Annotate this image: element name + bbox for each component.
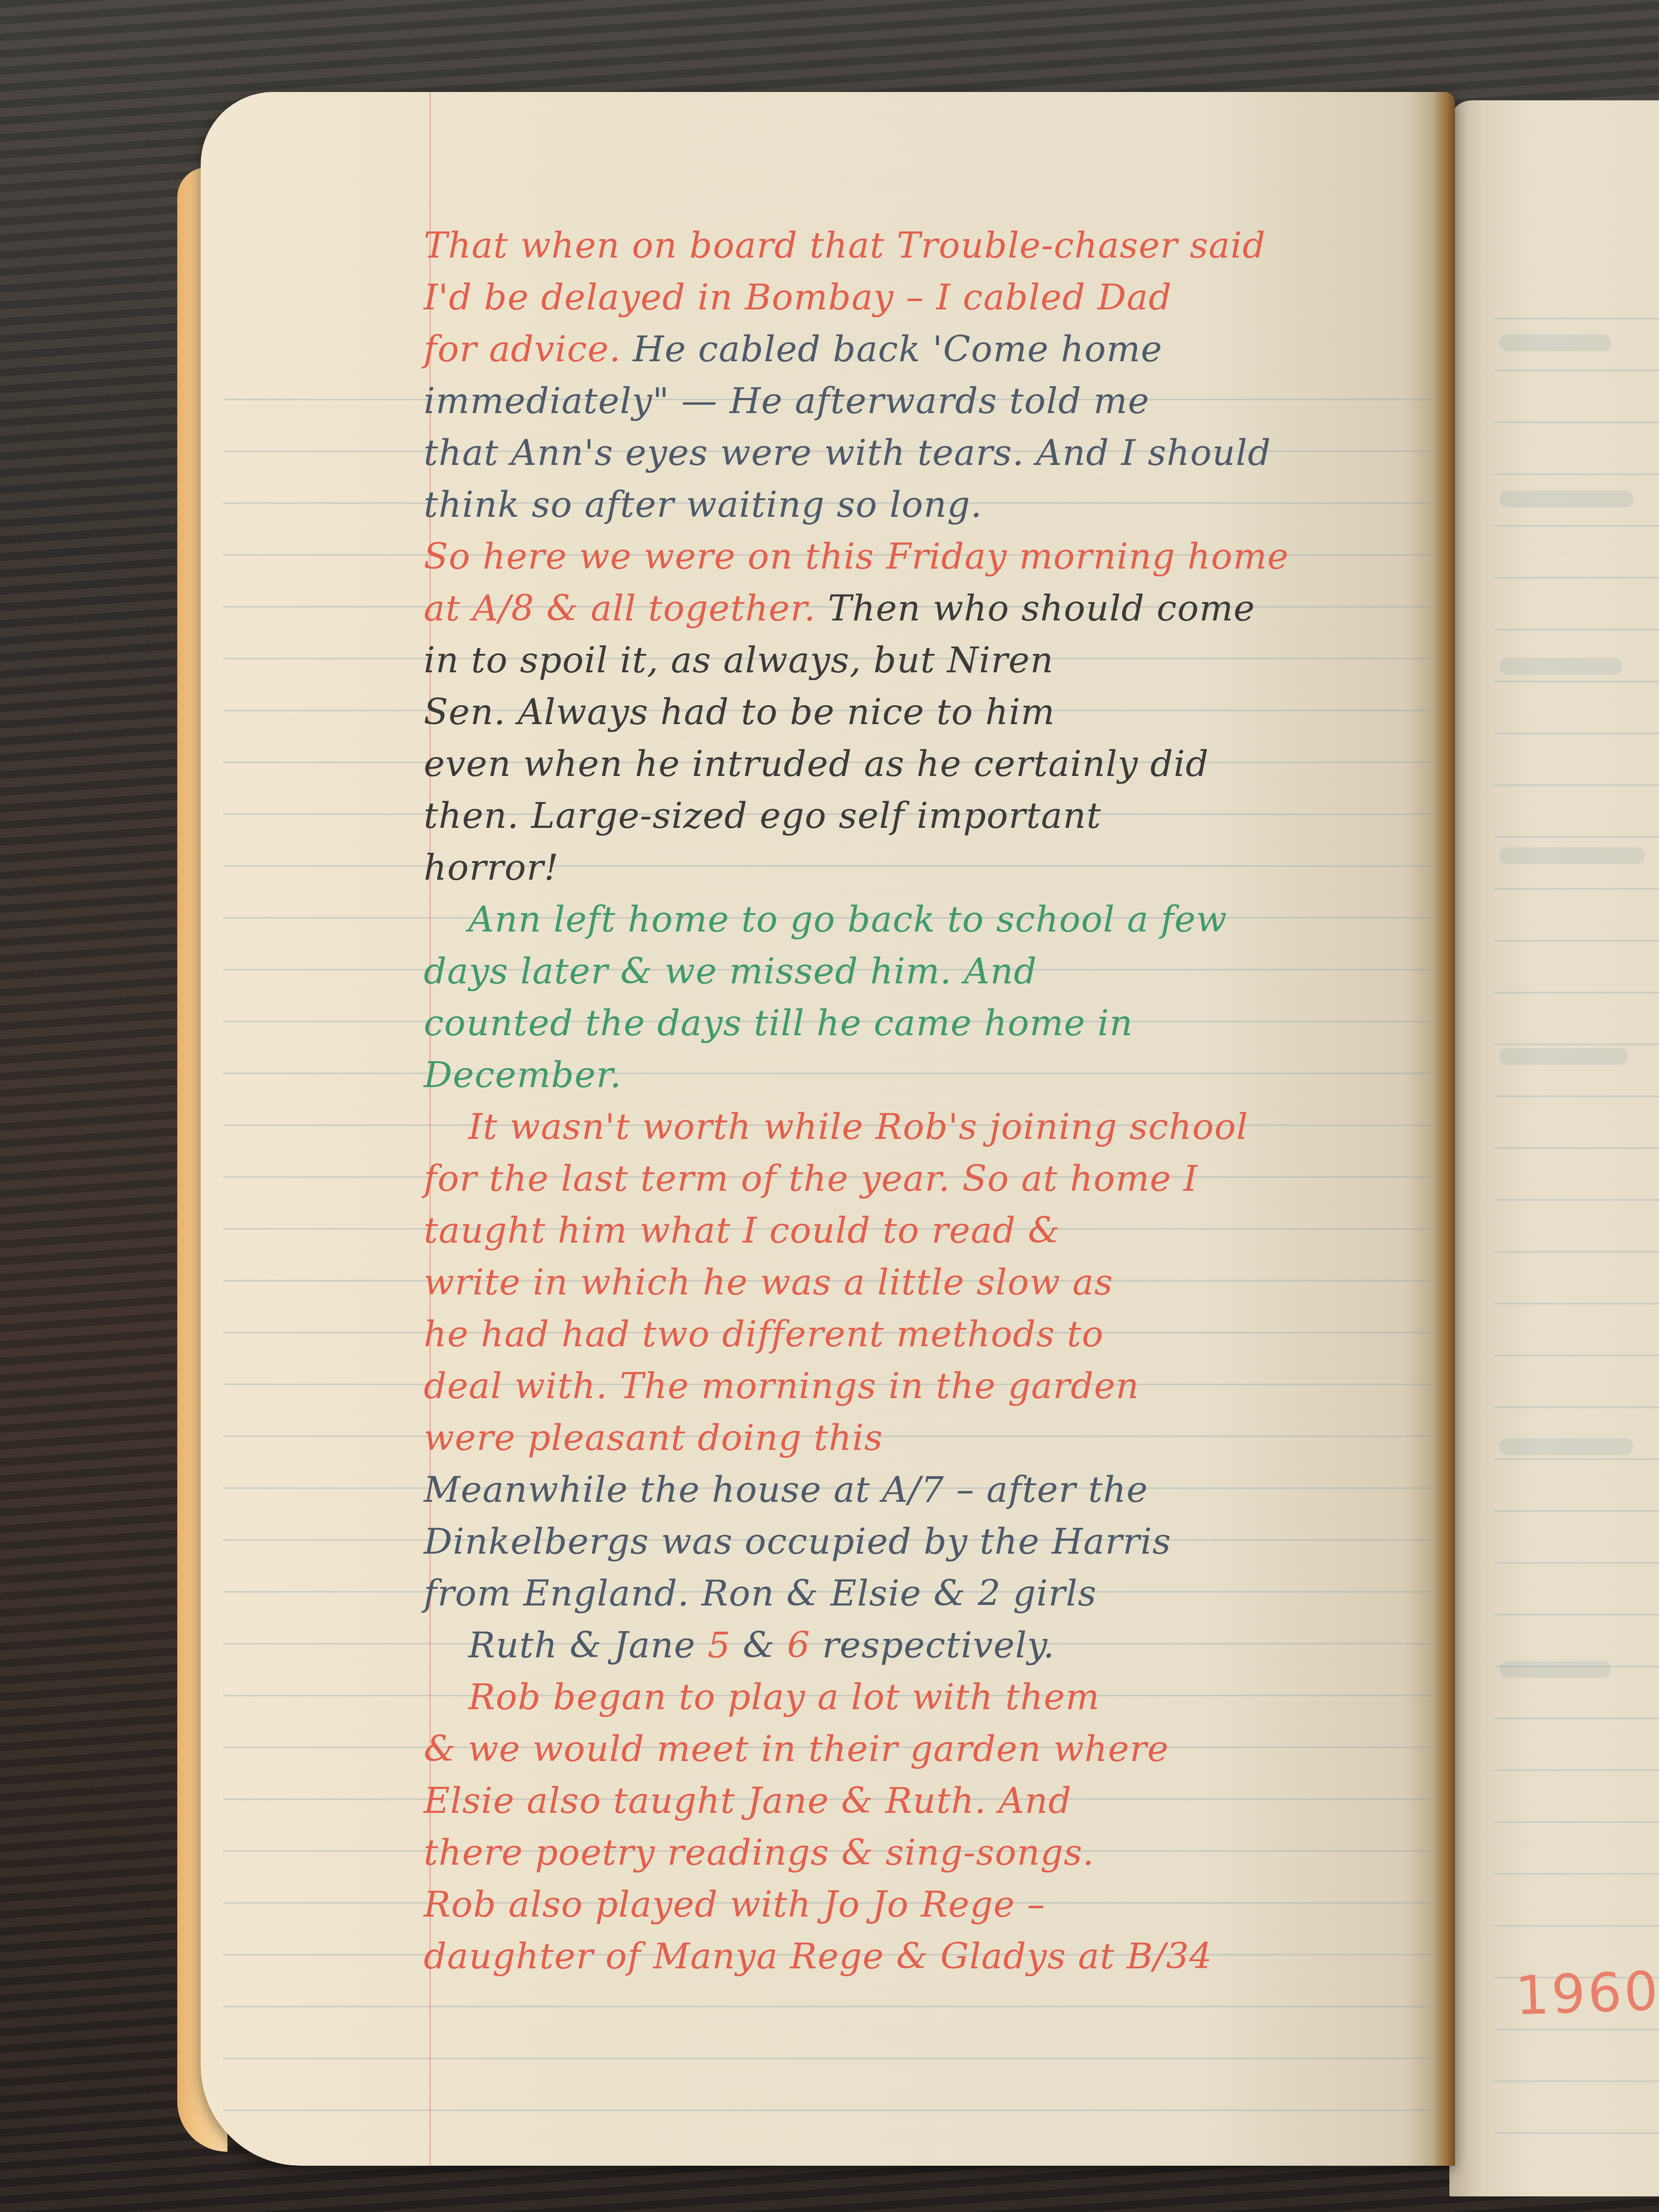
handwritten-segment-blue: that Ann's eyes were with tears. And I s…	[424, 433, 1271, 474]
handwritten-text-block: That when on board that Trouble-chaser s…	[424, 220, 1422, 1983]
handwritten-segment-red: he had had two different methods to	[424, 1314, 1104, 1355]
handwritten-segment-red: write in which he was a little slow as	[424, 1262, 1113, 1303]
handwritten-line: then. Large-sized ego self important	[424, 790, 1422, 842]
handwritten-line: he had had two different methods to	[424, 1309, 1422, 1361]
handwritten-segment-red: 6	[787, 1625, 811, 1666]
handwritten-line: counted the days till he came home in	[424, 998, 1422, 1050]
handwritten-segment-red: & we would meet in their garden where	[424, 1729, 1169, 1770]
handwritten-line: even when he intruded as he certainly di…	[424, 739, 1422, 790]
handwritten-line: immediately" — He afterwards told me	[424, 376, 1422, 428]
handwritten-segment-red: taught him what I could to read &	[424, 1210, 1060, 1251]
handwritten-line: Ann left home to go back to school a few	[424, 894, 1422, 946]
handwritten-segment-green: counted the days till he came home in	[424, 1003, 1133, 1044]
handwritten-segment-green: days later & we missed him. And	[424, 951, 1037, 992]
handwritten-line: at A/8 & all together. Then who should c…	[424, 583, 1422, 635]
handwritten-segment-red: It wasn't worth while Rob's joining scho…	[468, 1107, 1248, 1148]
handwritten-line: Meanwhile the house at A/7 – after the	[424, 1464, 1422, 1516]
handwritten-segment-red: for the last term of the year. So at hom…	[424, 1158, 1198, 1200]
handwritten-line: taught him what I could to read &	[424, 1205, 1422, 1257]
handwritten-segment-blue: He cabled back 'Come home	[621, 329, 1162, 370]
year-annotation: 1960	[1514, 1959, 1659, 2027]
handwritten-line: deal with. The mornings in the garden	[424, 1361, 1422, 1413]
handwritten-segment-red: I'd be delayed in Bombay – I cabled Dad	[424, 277, 1172, 318]
handwritten-segment-black: even when he intruded as he certainly di…	[424, 744, 1209, 785]
handwritten-line: Rob began to play a lot with them	[424, 1672, 1422, 1724]
handwritten-line: That when on board that Trouble-chaser s…	[424, 220, 1422, 272]
handwritten-segment-green: December.	[424, 1055, 622, 1096]
handwritten-line: It wasn't worth while Rob's joining scho…	[424, 1102, 1422, 1153]
handwritten-line: for advice. He cabled back 'Come home	[424, 324, 1422, 376]
handwritten-line: So here we were on this Friday morning h…	[424, 531, 1422, 583]
handwritten-line: & we would meet in their garden where	[424, 1724, 1422, 1776]
handwritten-segment-blue: respectively.	[810, 1625, 1055, 1666]
handwritten-segment-blue: immediately" — He afterwards told me	[424, 381, 1149, 422]
handwritten-segment-blue: think so after waiting so long.	[424, 484, 982, 526]
handwritten-segment-blue: &	[731, 1625, 787, 1666]
handwritten-line: Ruth & Jane 5 & 6 respectively.	[424, 1620, 1422, 1672]
handwritten-line: I'd be delayed in Bombay – I cabled Dad	[424, 272, 1422, 324]
handwritten-segment-red: Elsie also taught Jane & Ruth. And	[424, 1781, 1071, 1822]
handwritten-line: think so after waiting so long.	[424, 479, 1422, 531]
handwritten-segment-blue: Dinkelbergs was occupied by the Harris	[424, 1521, 1171, 1563]
handwritten-segment-red: for advice.	[424, 329, 621, 370]
handwritten-segment-red: daughter of Manya Rege & Gladys at B/34	[424, 1936, 1212, 1977]
faint-bleed-through-text	[1500, 1048, 1628, 1065]
handwritten-line: were pleasant doing this	[424, 1413, 1422, 1464]
notebook-page: That when on board that Trouble-chaser s…	[201, 92, 1455, 2166]
handwritten-line: Sen. Always had to be nice to him	[424, 687, 1422, 739]
handwritten-line: Rob also played with Jo Jo Rege –	[424, 1879, 1422, 1931]
handwritten-segment-blue: from England. Ron & Elsie & 2 girls	[424, 1573, 1097, 1614]
faint-bleed-through-text	[1500, 847, 1645, 864]
handwritten-segment-red: Rob began to play a lot with them	[468, 1677, 1100, 1718]
handwritten-segment-black: horror!	[424, 847, 559, 889]
faint-bleed-through-text	[1500, 334, 1611, 351]
faint-bleed-through-text	[1500, 491, 1633, 507]
faint-bleed-through-text	[1500, 1438, 1633, 1455]
handwritten-line: Elsie also taught Jane & Ruth. And	[424, 1776, 1422, 1827]
handwritten-line: Dinkelbergs was occupied by the Harris	[424, 1516, 1422, 1568]
handwritten-line: daughter of Manya Rege & Gladys at B/34	[424, 1931, 1422, 1983]
facing-page-ruled-lines	[1494, 268, 1659, 2141]
handwritten-line: write in which he was a little slow as	[424, 1257, 1422, 1309]
handwritten-segment-blue: Ruth & Jane	[468, 1625, 707, 1666]
handwritten-segment-red: Rob also played with Jo Jo Rege –	[424, 1884, 1045, 1925]
handwritten-line: from England. Ron & Elsie & 2 girls	[424, 1568, 1422, 1620]
handwritten-segment-red: at A/8 & all together.	[424, 588, 816, 629]
handwritten-segment-black: Sen. Always had to be nice to him	[424, 692, 1055, 733]
handwritten-segment-red: That when on board that Trouble-chaser s…	[424, 225, 1266, 266]
handwritten-segment-red: were pleasant doing this	[424, 1418, 883, 1459]
handwritten-segment-green: Ann left home to go back to school a few	[468, 899, 1228, 940]
facing-notebook-page	[1449, 100, 1659, 2196]
handwritten-line: for the last term of the year. So at hom…	[424, 1153, 1422, 1205]
handwritten-line: December.	[424, 1050, 1422, 1102]
handwritten-line: there poetry readings & sing-songs.	[424, 1827, 1422, 1879]
handwritten-line: that Ann's eyes were with tears. And I s…	[424, 428, 1422, 479]
handwritten-segment-red: there poetry readings & sing-songs.	[424, 1832, 1094, 1874]
handwritten-segment-black: in to spoil it, as always, but Niren	[424, 640, 1054, 681]
handwritten-segment-blue: Meanwhile the house at A/7 – after the	[424, 1469, 1148, 1511]
faint-bleed-through-text	[1500, 658, 1622, 675]
handwritten-segment-red: So here we were on this Friday morning h…	[424, 536, 1289, 578]
faint-bleed-through-text	[1500, 1661, 1611, 1678]
handwritten-segment-black: Then who should come	[816, 588, 1255, 629]
handwritten-line: in to spoil it, as always, but Niren	[424, 635, 1422, 687]
handwritten-line: days later & we missed him. And	[424, 946, 1422, 998]
handwritten-segment-red: 5	[707, 1625, 731, 1666]
page-gutter-shadow	[1433, 92, 1455, 2166]
handwritten-line: horror!	[424, 842, 1422, 894]
handwritten-segment-red: deal with. The mornings in the garden	[424, 1366, 1139, 1407]
handwritten-segment-black: then. Large-sized ego self important	[424, 795, 1102, 837]
